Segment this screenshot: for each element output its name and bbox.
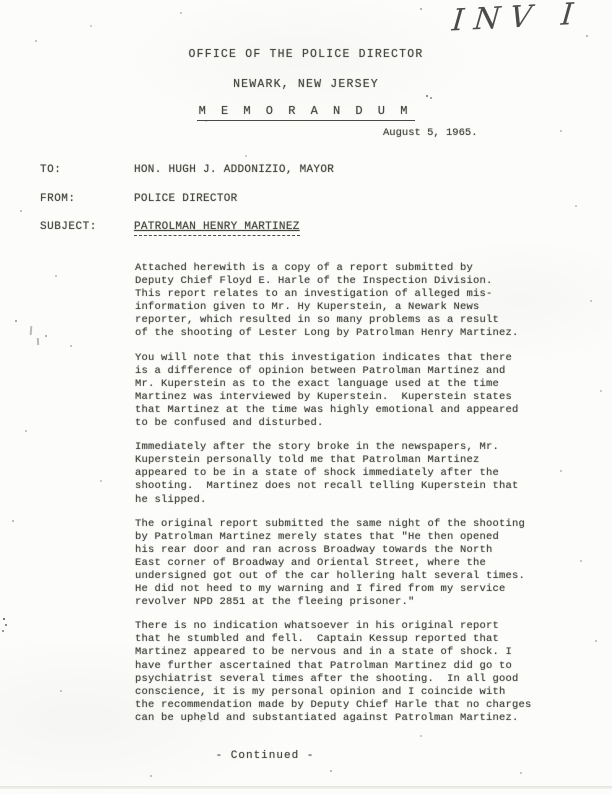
scan-speckles (0, 0, 2, 2)
office-title: OFFICE OF THE POLICE DIRECTOR (14, 48, 598, 61)
continued-footer: - Continued - (0, 750, 571, 762)
from-value: POLICE DIRECTOR (134, 193, 238, 205)
margin-mark (37, 338, 39, 345)
memo-paragraph-4: The original report submitted the same n… (135, 518, 535, 610)
memo-paragraph-5: There is no indication whatsoever in his… (135, 620, 535, 725)
subject-value: PATROLMAN HENRY MARTINEZ (134, 221, 300, 233)
city-line: NEWARK, NEW JERSEY (14, 78, 598, 91)
from-label: FROM: (40, 193, 76, 205)
subject-label: SUBJECT: (40, 221, 97, 233)
memo-date: August 5, 1965. (383, 127, 478, 139)
subject-value-text: PATROLMAN HENRY MARTINEZ (134, 221, 300, 236)
memo-paragraph-3: Immediately after the story broke in the… (135, 441, 535, 506)
memo-body: Attached herewith is a copy of a report … (135, 262, 535, 736)
memo-paragraph-2: You will note that this investigation in… (135, 352, 535, 431)
scan-edge-line (0, 786, 612, 789)
memo-paragraph-1: Attached herewith is a copy of a report … (135, 262, 535, 341)
memo-page: INV I OFFICE OF THE POLICE DIRECTOR NEWA… (0, 0, 612, 794)
to-label: TO: (40, 164, 61, 176)
memorandum-heading: M E M O R A N D U M (14, 104, 598, 121)
handwritten-annotation: INV I (451, 0, 585, 39)
margin-mark (30, 326, 33, 335)
to-value: HON. HUGH J. ADDONIZIO, MAYOR (134, 164, 334, 176)
memorandum-heading-text: M E M O R A N D U M (197, 104, 416, 121)
